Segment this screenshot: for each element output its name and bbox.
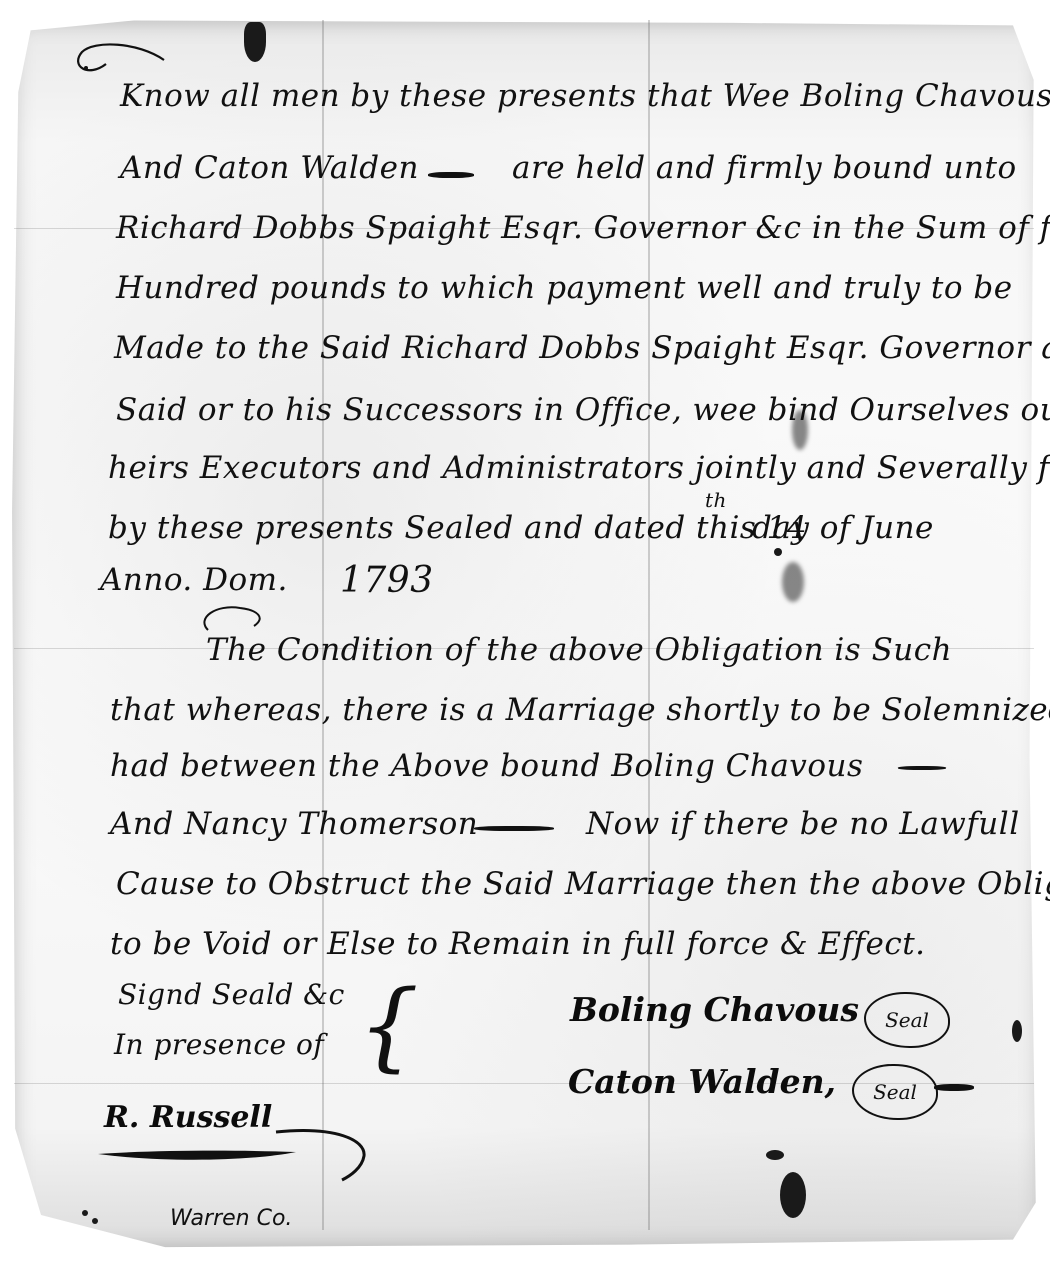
condition-line-4a: And Nancy Thomerson bbox=[110, 806, 478, 842]
bond-line-2b: are held and firmly bound unto bbox=[512, 150, 1017, 186]
bond-line-4: Hundred pounds to which payment well and… bbox=[116, 270, 1013, 306]
signature-caton-walden: Caton Walden, bbox=[568, 1062, 836, 1101]
condition-line-1: The Condition of the above Obligation is… bbox=[206, 632, 952, 668]
condition-line-3: had between the Above bound Boling Chavo… bbox=[110, 748, 863, 784]
bond-line-8: by these presents Sealed and dated this … bbox=[108, 510, 807, 546]
bond-line-7: heirs Executors and Administrators joint… bbox=[108, 450, 1050, 486]
bond-line-3: Richard Dobbs Spaight Esqr. Governor &c … bbox=[116, 210, 1050, 246]
signature-boling-chavous: Boling Chavous bbox=[570, 990, 859, 1029]
bond-date-month: day of June bbox=[752, 510, 934, 546]
witness-underline-flourish-icon bbox=[96, 1126, 396, 1196]
bond-year: 1793 bbox=[340, 560, 434, 601]
seal-mark: Seal bbox=[852, 1064, 938, 1120]
bond-line-2a: And Caton Walden bbox=[120, 150, 419, 186]
county-annotation: Warren Co. bbox=[170, 1206, 292, 1231]
attestation-brace: { bbox=[358, 978, 419, 1074]
condition-line-4b: Now if there be no Lawfull bbox=[586, 806, 1020, 842]
condition-line-5: Cause to Obstruct the Said Marriage then… bbox=[116, 866, 1050, 902]
day-ordinal-superscript: th bbox=[705, 488, 727, 512]
seal-mark: Seal bbox=[864, 992, 950, 1048]
condition-line-6: to be Void or Else to Remain in full for… bbox=[110, 926, 926, 962]
attestation-label-signed: Signd Seald &c bbox=[118, 978, 345, 1011]
attestation-label-presence: In presence of bbox=[114, 1028, 324, 1061]
document-text: Know all men by these presents that Wee … bbox=[0, 0, 1050, 1271]
line-filler-dash bbox=[474, 826, 554, 831]
line-filler-dash bbox=[898, 766, 946, 770]
bond-line-6: Said or to his Successors in Office, wee… bbox=[116, 392, 1050, 428]
condition-line-2: that whereas, there is a Marriage shortl… bbox=[110, 692, 1050, 728]
bond-line-5: Made to the Said Richard Dobbs Spaight E… bbox=[114, 330, 1050, 366]
bond-anno-domini: Anno. Dom. bbox=[100, 562, 288, 598]
line-filler-dash bbox=[428, 172, 474, 178]
seal-tail-stroke bbox=[934, 1084, 974, 1091]
bond-line-1: Know all men by these presents that Wee … bbox=[120, 78, 1050, 114]
